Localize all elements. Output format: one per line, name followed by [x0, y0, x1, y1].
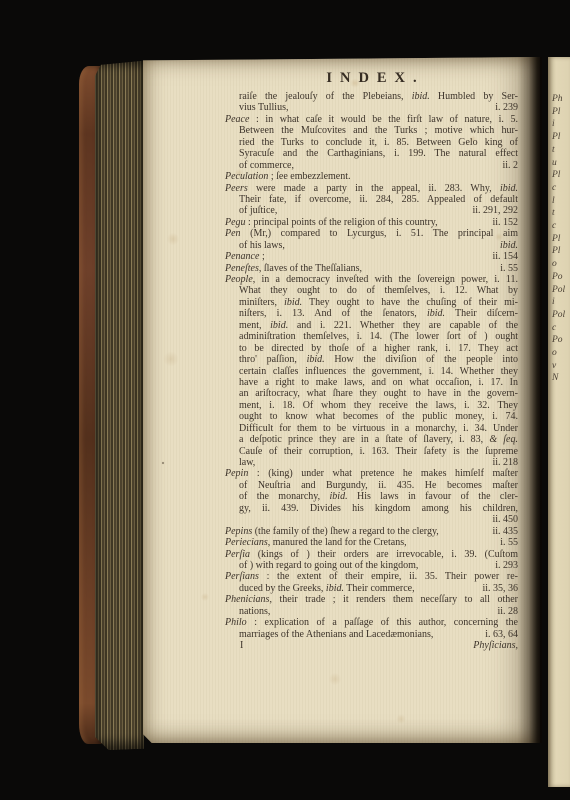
index-page: INDEX. raiſe the jealouſy of the Plebeia…	[143, 57, 540, 743]
catchword: Phyſicians,	[473, 640, 518, 651]
index-line: gy, ii. 439. Divides his kingdom among h…	[225, 503, 518, 514]
index-line: miniſters, ibid. They ought to have the …	[225, 297, 518, 308]
facing-page-sliver: PhPliPltuPlcltcPlPloPoPoliPolcPoovN	[548, 57, 570, 787]
text-fragment: t	[552, 207, 565, 220]
index-line: Periecians, manured the land for the Cre…	[225, 537, 518, 548]
index-entries: raiſe the jealouſy of the Plebeians, ibi…	[225, 91, 518, 640]
index-line: Peace : in what caſe it would be the fir…	[225, 114, 518, 125]
text-fragment: i	[552, 296, 565, 309]
index-line: marriages of the Athenians and Lacedæmon…	[225, 629, 518, 640]
index-line: ment, ibid. and i. 221. Whether they are…	[225, 320, 518, 331]
index-line: of ) with regard to going out of the kin…	[225, 560, 518, 571]
index-line: Pen (Mr,) compared to Lycurgus, i. 51. T…	[225, 228, 518, 239]
book-photo: INDEX. raiſe the jealouſy of the Plebeia…	[0, 0, 570, 800]
text-fragment: t	[552, 144, 565, 157]
index-line: certain claſſes influences the governmen…	[225, 366, 518, 377]
text-fragment: c	[552, 322, 565, 335]
page-title: INDEX.	[225, 70, 518, 86]
text-fragment: v	[552, 360, 565, 373]
index-line: Difficult for them to be virtuous in a m…	[225, 423, 518, 434]
index-line: adminiſtration themſelves, i. 14. (The l…	[225, 331, 518, 342]
text-fragment: u	[552, 157, 565, 170]
index-line: Their fate, if overcome, ii. 284, 285. A…	[225, 194, 518, 205]
text-fragment: Po	[552, 334, 565, 347]
text-fragment: Pl	[552, 106, 565, 119]
text-fragment: Ph	[552, 93, 565, 106]
index-line: Penance ;ii. 154	[225, 251, 518, 262]
index-line: Pegu : principal points of the religion …	[225, 217, 518, 228]
index-line: Peculation ; ſee embezzlement.	[225, 171, 518, 182]
index-line: Cauſe of their corruption, i. 163. Their…	[225, 446, 518, 457]
index-line: of commerce,ii. 2	[225, 160, 518, 171]
index-line: have a right to make laws, and on what o…	[225, 377, 518, 388]
text-fragment: Pol	[552, 284, 565, 297]
text-column: INDEX. raiſe the jealouſy of the Plebeia…	[225, 70, 518, 651]
index-line: an ariſtocracy, what ſhare they ought to…	[225, 388, 518, 399]
text-fragment: Pol	[552, 309, 565, 322]
gutter-shadow	[518, 57, 542, 743]
facing-page-text-fragments: PhPliPltuPlcltcPlPloPoPoliPolcPoovN	[552, 93, 565, 385]
text-fragment: c	[552, 182, 565, 195]
text-fragment: Pl	[552, 233, 565, 246]
text-fragment: o	[552, 258, 565, 271]
index-line: Peneſtes, ſlaves of the Theſſalians,i. 5…	[225, 263, 518, 274]
index-line: What they ought to do of themſelves, i. …	[225, 285, 518, 296]
text-fragment: i	[552, 118, 565, 131]
text-fragment: N	[552, 372, 565, 385]
index-line: Philo : explication of a paſſage of this…	[225, 617, 518, 628]
signature-mark: I	[240, 640, 243, 651]
text-fragment: Pl	[552, 245, 565, 258]
index-line: nations,ii. 28	[225, 606, 518, 617]
text-fragment: Po	[552, 271, 565, 284]
index-line: niſters, i. 13. And of the ſenators, ibi…	[225, 308, 518, 319]
index-line: ought to know what becomes of the public…	[225, 411, 518, 422]
index-line: thro' paſſion, ibid. How the diviſion of…	[225, 354, 518, 365]
text-fragment: o	[552, 347, 565, 360]
index-line: Syracuſe and the Carthaginians, i. 199. …	[225, 148, 518, 159]
index-line: Pepin : (king) under what pretence he ma…	[225, 468, 518, 479]
index-line: raiſe the jealouſy of the Plebeians, ibi…	[225, 91, 518, 102]
index-line: to be directed by thoſe of a higher rank…	[225, 343, 518, 354]
index-line: Phenicians, their trade ; it renders the…	[225, 594, 518, 605]
index-line: People, in a democracy inveſted with the…	[225, 274, 518, 285]
footer-row: I Phyſicians,	[225, 640, 518, 651]
index-line: law,ii. 218	[225, 457, 518, 468]
index-line: ii. 450	[225, 514, 518, 525]
index-line: ment, i. 18. Of whom they receive the la…	[225, 400, 518, 411]
text-fragment: Pl	[552, 169, 565, 182]
index-line: a deſpotic prince they are in a ſtate of…	[225, 434, 518, 445]
index-line: vius Tullius,i. 239	[225, 102, 518, 113]
index-line: of the monarchy, ibid. His laws in favou…	[225, 491, 518, 502]
index-line: ried the Turks to conclude it, i. 85. Be…	[225, 137, 518, 148]
index-line: Perſians : the extent of their empire, i…	[225, 571, 518, 582]
text-fragment: Pl	[552, 131, 565, 144]
text-fragment: l	[552, 195, 565, 208]
index-line: Peers were made a party in the appeal, i…	[225, 183, 518, 194]
index-line: Between the Muſcovites and the Turks ; m…	[225, 125, 518, 136]
index-line: Perſia (kings of ) their orders are irre…	[225, 549, 518, 560]
index-line: duced by the Greeks, ibid. Their commerc…	[225, 583, 518, 594]
index-line: Pepins (the family of the) ſhew a regard…	[225, 526, 518, 537]
index-line: of his laws,ibid.	[225, 240, 518, 251]
text-fragment: c	[552, 220, 565, 233]
book-page-edges	[95, 60, 144, 750]
index-line: of juſtice,ii. 291, 292	[225, 205, 518, 216]
index-line: of Neuſtria and Burgundy, ii. 435. He be…	[225, 480, 518, 491]
